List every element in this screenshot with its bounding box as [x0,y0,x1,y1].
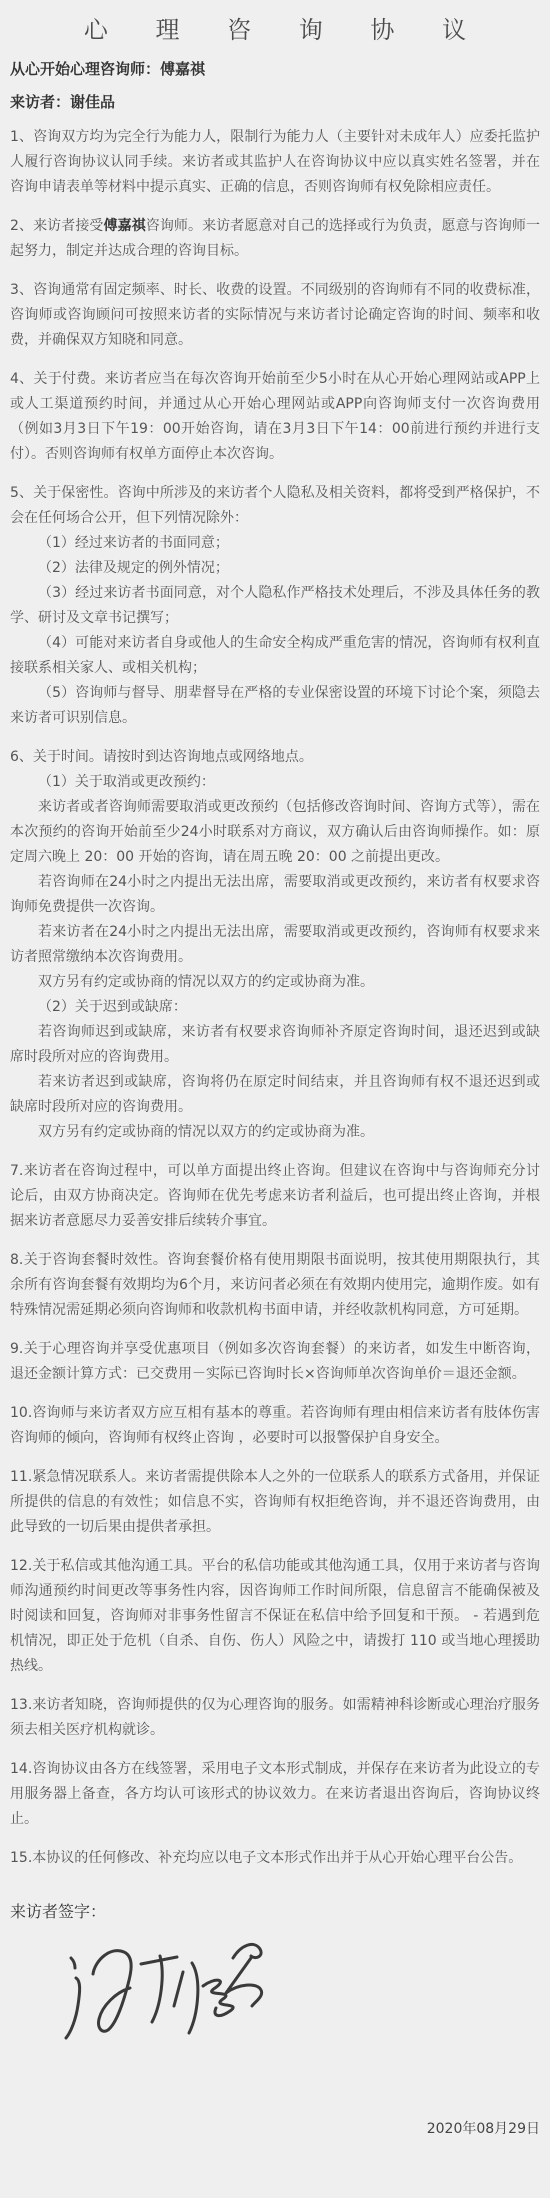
visitor-signature [55,1936,540,2066]
clause-6-item-2: （2）关于迟到或缺席： [10,995,540,1020]
clause-5-item-5: （5）咨询师与督导、朋辈督导在严格的专业保密设置的环境下讨论个案，须隐去来访者可… [10,681,540,731]
handwritten-signature-icon [55,1936,295,2061]
clause-14: 14.咨询协议由各方在线签署，采用电子文本形式制成，并保存在来访者为此设立的专用… [10,1757,540,1832]
clause-11: 11.紧急情况联系人。来访者需提供除本人之外的一位联系人的联系方式备用，并保证所… [10,1465,540,1540]
agreement-document: 心 理 咨 询 协 议 从心开始心理咨询师：傅嘉祺 来访者：谢佳品 1、咨询双方… [0,0,550,2198]
clause-4: 4、关于付费。来访者应当在每次咨询开始前至少5小时在从心开始心理网站或APP上或… [10,367,540,467]
clause-15: 15.本协议的任何修改、补充均应以电子文本形式作出并于从心开始心理平台公告。 [10,1846,540,1871]
agreement-page: { "colors": { "background": "#efefef", "… [0,0,550,2198]
page-title: 心 理 咨 询 协 议 [10,10,540,45]
clause-7: 7.来访者在咨询过程中，可以单方面提出终止咨询。但建议在咨询中与咨询师充分讨论后… [10,1159,540,1234]
counselor-name-bold: 傅嘉祺 [104,218,146,234]
clause-5: 5、关于保密性。咨询中所涉及的来访者个人隐私及相关资料，都将受到严格保护，不会在… [10,481,540,531]
clause-6-item-1-detail-1: 来访者或者咨询师需要取消或更改预约（包括修改咨询时间、咨询方式等），需在本次预约… [10,795,540,870]
clause-10: 10.咨询师与来访者双方应互相有基本的尊重。若咨询师有理由相信来访者有肢体伤害咨… [10,1401,540,1451]
clause-6-item-1-detail-4: 双方另有约定或协商的情况以双方的约定或协商为准。 [10,970,540,995]
clause-6-item-2-detail-2: 若来访者迟到或缺席，咨询将仍在原定时间结束，并且咨询师有权不退还迟到或缺席时段所… [10,1070,540,1120]
clause-2-pre: 2、来访者接受 [10,218,104,234]
clause-6-item-1-detail-2: 若咨询师在24小时之内提出无法出席，需要取消或更改预约，来访者有权要求咨询师免费… [10,870,540,920]
clause-12: 12.关于私信或其他沟通工具。平台的私信功能或其他沟通工具，仅用于来访者与咨询师… [10,1554,540,1679]
clause-1: 1、咨询双方均为完全行为能力人，限制行为能力人（主要针对未成年人）应委托监护人履… [10,125,540,200]
clause-6-item-1-detail-3: 若来访者在24小时之内提出无法出席，需要取消或更改预约，咨询师有权要求来访者照常… [10,920,540,970]
visitor-line: 来访者：谢佳品 [10,93,540,111]
clause-2: 2、来访者接受傅嘉祺咨询师。来访者愿意对自己的选择或行为负责，愿意与咨询师一起努… [10,214,540,264]
clause-5-item-2: （2）法律及规定的例外情况； [10,556,540,581]
clause-5-item-1: （1）经过来访者的书面同意； [10,531,540,556]
clause-9: 9.关于心理咨询并享受优惠项目（例如多次咨询套餐）的来访者，如发生中断咨询，退还… [10,1337,540,1387]
clause-8: 8.关于咨询套餐时效性。咨询套餐价格有使用期限书面说明，按其使用期限执行，其余所… [10,1248,540,1323]
clause-6-item-2-detail-3: 双方另有约定或协商的情况以双方的约定或协商为准。 [10,1120,540,1145]
counselor-line: 从心开始心理咨询师：傅嘉祺 [10,60,540,78]
clause-5-item-4: （4）可能对来访者自身或他人的生命安全构成严重危害的情况，咨询师有权利直接联系相… [10,631,540,681]
signature-date: 2020年08月29日 [10,2118,540,2138]
clause-6-item-1: （1）关于取消或更改预约： [10,770,540,795]
visitor-signature-label: 来访者签字： [10,1899,540,1922]
clause-5-item-3: （3）经过来访者书面同意，对个人隐私作严格技术处理后，不涉及具体任务的教学、研讨… [10,581,540,631]
clause-6: 6、关于时间。请按时到达咨询地点或网络地点。 [10,745,540,770]
clause-3: 3、咨询通常有固定频率、时长、收费的设置。不同级别的咨询师有不同的收费标准，咨询… [10,278,540,353]
clause-6-item-2-detail-1: 若咨询师迟到或缺席，来访者有权要求咨询师补齐原定咨询时间，退还迟到或缺席时段所对… [10,1020,540,1070]
clause-13: 13.来访者知晓，咨询师提供的仅为心理咨询的服务。如需精神科诊断或心理治疗服务须… [10,1693,540,1743]
